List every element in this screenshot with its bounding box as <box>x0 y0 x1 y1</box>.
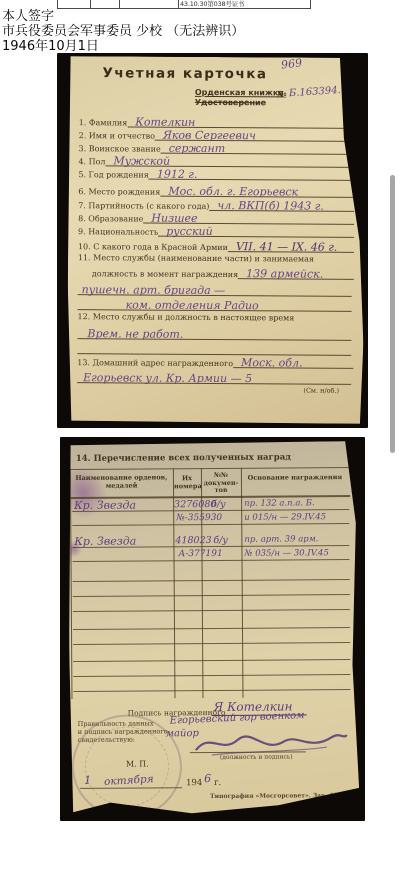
field-label: 9. Национальность <box>78 227 158 236</box>
field-label: 10. С какого года в Красной Армии <box>78 242 228 252</box>
rule-line <box>73 594 350 597</box>
field11-value3: ком. отделения Радио <box>126 298 259 312</box>
th-doc-number: №№ докумен- тов <box>202 472 240 495</box>
table-vline <box>241 468 244 698</box>
rule-line <box>72 523 349 526</box>
table-vline <box>119 0 120 8</box>
award-doc-no2: А-377191 <box>178 549 222 559</box>
field11-line3: ком. отделения Радио <box>78 283 352 312</box>
table-hline <box>57 8 311 9</box>
see-reverse-note: (См. н/об.) <box>303 387 339 395</box>
award-number: 418023 <box>175 535 211 546</box>
award-basis: пр. арт. 39 арм. <box>244 534 318 545</box>
award-doc-no: б/у <box>213 535 228 546</box>
annotation-date-line: 1946年10月1日 <box>2 39 99 54</box>
awards-section-title: 14. Перечисление всех полученных наград <box>76 452 291 464</box>
th-award-number: Их номера <box>174 475 200 490</box>
rule-line <box>73 609 350 612</box>
rule-line <box>73 659 350 662</box>
rule-line <box>73 674 350 677</box>
rule-line <box>73 642 350 645</box>
award-doc-no: б/у <box>211 499 226 510</box>
field-line: русский <box>158 223 354 238</box>
date-year-suffix: г. <box>214 778 221 788</box>
th-award-basis: Основание награждения <box>244 474 346 482</box>
field-row: 5. Год рождения 1912 г. <box>78 166 354 181</box>
number-sign: № <box>277 90 287 100</box>
field-line: Мос. обл. г. Егорьевск <box>160 183 354 198</box>
field-row: 10. С какого года в Красной Армии VII. 4… <box>78 238 354 253</box>
award-basis2: и 015/н — 29.IV.45 <box>244 512 326 523</box>
rule-line <box>73 579 350 582</box>
awards-table: Наименование орденов, медалей Их номера … <box>68 441 357 443</box>
field-label: 5. Год рождения <box>78 170 148 179</box>
seal-place-mark: М. П. <box>126 759 149 768</box>
printer-note: Типография «Мосгорсовет». Зак. 1529 <box>210 792 346 801</box>
field-value: русский <box>166 225 213 238</box>
certificate-number-cell: 43.10.30第038号证书 <box>180 0 244 8</box>
doc1-title: Учетная карточка <box>69 65 301 82</box>
field-line: VII. 41 — IX. 46 г. <box>228 238 354 253</box>
field13-line2: Егорьевск ул. Кр. Армии — 5 <box>77 356 351 385</box>
field-row: 6. Место рождения Мос. обл. г. Егорьевск <box>78 183 354 198</box>
booklet-type-label: Орденская книжка <box>195 88 284 98</box>
th-award-name: Наименование орденов, медалей <box>72 474 171 490</box>
doc1-image[interactable]: 969 Учетная карточка Орденская книжка Уд… <box>57 53 368 428</box>
field-row: 9. Национальность русский <box>78 223 354 238</box>
field-label: 6. Место рождения <box>78 187 160 197</box>
doc2-image[interactable]: 14. Перечисление всех полученных наград … <box>60 437 365 821</box>
position-and-signature-note: (должность и подпись) <box>220 753 293 762</box>
award-doc-no2: №-355930 <box>176 513 222 523</box>
field-label: 8. Образование <box>78 214 143 223</box>
doc2-card: 14. Перечисление всех полученных наград … <box>68 441 360 816</box>
rule-line <box>73 627 350 630</box>
field-value: 1912 г. <box>157 168 198 181</box>
annotation-signature-line: 本人签字 <box>2 9 54 24</box>
doc1-card: 969 Учетная карточка Орденская книжка Уд… <box>67 56 365 424</box>
table-vline <box>57 0 58 8</box>
table-hline <box>70 467 350 470</box>
date-printed-year: 194 <box>186 778 202 788</box>
field12-line: Врем. не работ. <box>77 312 351 341</box>
booklet-type-struck: Удостоверение <box>195 98 266 107</box>
award-basis2: № 035/н — 30.IV.45 <box>244 548 328 559</box>
annotation-committee-line: 市兵役委员会军事委员 少校 （无法辨识） <box>2 24 244 39</box>
rule-line <box>73 559 350 562</box>
award-name: Кр. Звезда <box>74 499 136 512</box>
date-day: 1 <box>84 774 91 787</box>
table-vline <box>310 0 311 8</box>
stamp-fragment <box>68 462 113 524</box>
field-label: 2. Имя и отчество <box>79 131 155 140</box>
field12-value: Врем. не работ. <box>87 327 183 341</box>
booklet-number: Б.163394. <box>289 85 341 99</box>
field-label: 4. Пол <box>78 157 105 166</box>
award-basis: пр. 132 а.п.а. Б. <box>244 498 315 508</box>
award-name: Кр. Звезда <box>74 535 136 548</box>
field13-value2: Егорьевск ул. Кр. Армии — 5 <box>83 371 252 385</box>
field-label: 1. Фамилия <box>79 118 128 127</box>
field-value: VII. 41 — IX. 46 г. <box>236 240 337 254</box>
scrollbar-thumb[interactable] <box>390 175 395 453</box>
table-vline <box>178 0 179 8</box>
date-hw-year: 6 <box>204 772 211 785</box>
field11-label-line1: 11. Место службы (наименование части) и … <box>78 253 314 263</box>
rule-line <box>73 689 350 692</box>
field-line: 1912 г. <box>149 166 355 181</box>
table-vline <box>90 0 91 8</box>
